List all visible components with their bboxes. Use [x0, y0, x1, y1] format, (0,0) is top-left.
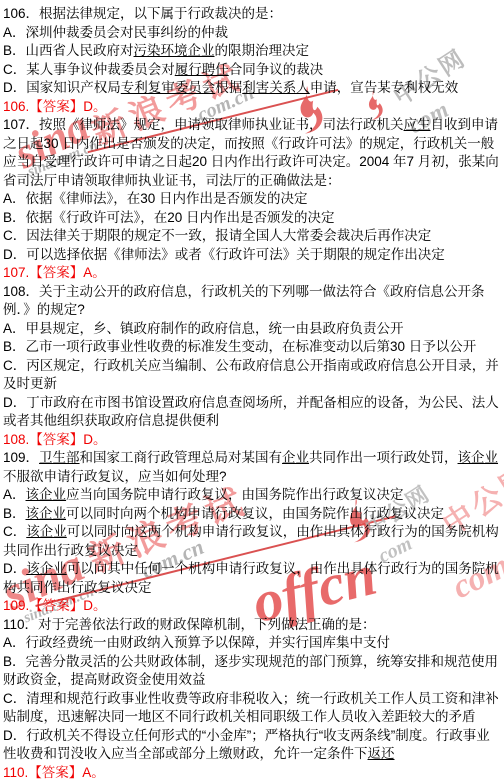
- text-segment: 合同争议的裁决: [229, 62, 324, 77]
- answer-line: 107.【答案】A。: [3, 264, 502, 283]
- text-segment: D．国家知识产权局: [3, 80, 121, 95]
- option-line: B．完善分散灵活的公共财政体制，逐步实现规范的部门预算，统筹安排和规范使用财政资…: [3, 653, 502, 690]
- text-segment: C．清理和规范行政事业性收费等政府非税收入；统一行政机关工作人员工资和津补贴制度…: [3, 691, 499, 725]
- underlined-text: 应生: [404, 117, 431, 132]
- text-segment: 108．关于主动公开的政府信息，行政机关的下列哪一做法符合《政府信息公开条例．》…: [3, 284, 485, 318]
- text-segment: 106.【答案】D。: [3, 99, 107, 114]
- option-line: B．乙市一项行政事业性收费的标准发生变动，在标准变动以后第30 日予以公开: [3, 338, 502, 357]
- underlined-text: 该企业: [26, 487, 67, 502]
- option-line: A．依据《律师法》，在30 日内作出是否颁发的决定: [3, 190, 502, 209]
- option-line: C．丙区规定，行政机关应当编制、公布政府信息公开指南或政府信息公开目录，并及时更…: [3, 357, 502, 394]
- text-segment: A．深圳仲裁委员会对民事纠纷的仲裁: [3, 25, 228, 40]
- text-segment: B．依据《行政许可法》，在20 日内作出是否颁发的决定: [3, 210, 335, 225]
- option-line: D．丁市政府在市图书馆设置政府信息查阅场所，并配备相应的设备，为公民、法人或者其…: [3, 394, 502, 431]
- text-segment: 110.【答案】A。: [3, 765, 105, 780]
- underlined-text: 履行聘任: [175, 62, 229, 77]
- option-line: D．该企业可以向其中任何一个机构申请行政复议，由作出具体行政行为的国务院机构共同…: [3, 560, 502, 597]
- text-segment: B．完善分散灵活的公共财政体制，逐步实现规范的部门预算，统筹安排和规范使用财政资…: [3, 654, 498, 688]
- text-segment: C．某人事争议仲裁委员会对: [3, 62, 175, 77]
- text-segment: 107．按照《律师法》规定，申请领取律师执业证书，司法行政机关: [3, 117, 404, 132]
- option-line: B．该企业可以同时向两个机构申请行政复议，由国务院作出行政复议决定: [3, 505, 502, 524]
- option-line: C．清理和规范行政事业性收费等政府非税收入；统一行政机关工作人员工资和津补贴制度…: [3, 690, 502, 727]
- option-line: C．该企业可以同时向这两个机构申请行政复议，由作出具体行政行为的国务院机构共同作…: [3, 523, 502, 560]
- answer-line: 108.【答案】D。: [3, 431, 502, 450]
- underlined-text: 该企业: [458, 450, 499, 465]
- text-segment: 可以同时向这两个机构申请行政复议，由作出具体行政行为的国务院机构共同作出行政复议…: [3, 524, 499, 558]
- answer-line: 109.【答案】D。: [3, 597, 502, 616]
- option-line: A．甲县规定，乡、镇政府制作的政府信息，统一由县政府负责公开: [3, 320, 502, 339]
- text-segment: D．丁市政府在市图书馆设置政府信息查阅场所，并配备相应的设备，为公民、法人或者其…: [3, 395, 499, 429]
- option-line: C．因法律关于期限的规定不一致，报请全国人大常委会裁决后再作决定: [3, 227, 502, 246]
- text-segment: D．: [3, 561, 26, 576]
- text-segment: 108.【答案】D。: [3, 432, 107, 447]
- text-segment: 109.【答案】D。: [3, 598, 107, 613]
- underlined-text: 该企业: [26, 524, 67, 539]
- option-line: B．依据《行政许可法》，在20 日内作出是否颁发的决定: [3, 209, 502, 228]
- option-line: D．国家知识产权局专利复审委员会根据利害关系人申请，宣告某专利权无效: [3, 79, 502, 98]
- text-segment: B．: [3, 506, 26, 521]
- underlined-text: 该企业: [26, 561, 67, 576]
- underlined-text: 卫生部: [39, 450, 80, 465]
- option-line: A．深圳仲裁委员会对民事纠纷的仲裁: [3, 24, 502, 43]
- text-segment: 109．: [3, 450, 39, 465]
- question-list: 106．根据法律规定，以下属于行政裁决的是：A．深圳仲裁委员会对民事纠纷的仲裁B…: [0, 0, 504, 782]
- answer-line: 106.【答案】D。: [3, 98, 502, 117]
- text-segment: C．因法律关于期限的规定不一致，报请全国人大常委会裁决后再作决定: [3, 228, 431, 243]
- text-segment: D．行政机关不得设立任何形式的“小金库”；严格执行“收支两条线”制度。行政事业性…: [3, 728, 490, 762]
- question-stem: 107．按照《律师法》规定，申请领取律师执业证书，司法行政机关应生自收到申请之日…: [3, 116, 502, 190]
- text-segment: 和国家工商行政管理总局对某国有: [80, 450, 283, 465]
- text-segment: A．: [3, 487, 26, 502]
- text-segment: B．乙市一项行政事业性收费的标准发生变动，在标准变动以后第30 日予以公开: [3, 339, 476, 354]
- text-segment: 根据: [215, 80, 242, 95]
- question-stem: 106．根据法律规定，以下属于行政裁决的是：: [3, 5, 502, 24]
- underlined-text: 该企业: [26, 506, 67, 521]
- text-segment: 不服欲申请行政复议，应当如何处理?: [3, 469, 227, 484]
- text-segment: A．甲县规定，乡、镇政府制作的政府信息，统一由县政府负责公开: [3, 321, 404, 336]
- question-stem: 109．卫生部和国家工商行政管理总局对某国有企业共同作出一项行政处罚，该企业不服…: [3, 449, 502, 486]
- option-line: B．山西省人民政府对污染环境企业的限期治理决定: [3, 42, 502, 61]
- text-segment: 107.【答案】A。: [3, 265, 106, 280]
- text-segment: 共同作出一项行政处罚，: [309, 450, 458, 465]
- text-segment: 申请，宣告某专利权无效: [310, 80, 459, 95]
- exam-answer-document: sina 新浪考试 com.cn sina.com.cn 中公网 com sin…: [0, 0, 504, 783]
- option-line: D．行政机关不得设立任何形式的“小金库”；严格执行“收支两条线”制度。行政事业性…: [3, 727, 502, 764]
- option-line: A．该企业应当向国务院申请行政复议，由国务院作出行政复议决定: [3, 486, 502, 505]
- text-segment: 可以向其中任何一个机构申请行政复议，由作出具体行政行为的国务院机构共同作出行政复…: [3, 561, 499, 595]
- text-segment: 106．根据法律规定，以下属于行政裁决的是：: [3, 6, 282, 21]
- text-segment: C．: [3, 524, 26, 539]
- option-line: A．行政经费统一由财政纳入预算予以保障，并实行国库集中支付: [3, 634, 502, 653]
- option-line: D．可以选择依据《律师法》或者《行政许可法》关于期限的规定作出决定: [3, 246, 502, 265]
- text-segment: 应当向国务院申请行政复议，由国务院作出行政复议决定: [66, 487, 404, 502]
- text-segment: D．可以选择依据《律师法》或者《行政许可法》关于期限的规定作出决定: [3, 247, 445, 262]
- underlined-text: 返还: [368, 746, 395, 761]
- underlined-text: 污染环境企业: [134, 43, 215, 58]
- underlined-text: 利害关系人: [242, 80, 310, 95]
- text-segment: B．山西省人民政府对: [3, 43, 134, 58]
- text-segment: 可以同时向两个机构申请行政复议，由国务院作出行政复议决定: [66, 506, 444, 521]
- underlined-text: 专利复审委员会: [121, 80, 216, 95]
- text-segment: 的限期治理决定: [215, 43, 310, 58]
- question-stem: 108．关于主动公开的政府信息，行政机关的下列哪一做法符合《政府信息公开条例．》…: [3, 283, 502, 320]
- underlined-text: 企业: [282, 450, 309, 465]
- answer-line: 110.【答案】A。: [3, 764, 502, 783]
- text-segment: C．丙区规定，行政机关应当编制、公布政府信息公开指南或政府信息公开目录，并及时更…: [3, 358, 499, 392]
- question-stem: 110．对于完善依法行政的财政保障机制，下列做法正确的是：: [3, 616, 502, 635]
- option-line: C．某人事争议仲裁委员会对履行聘任合同争议的裁决: [3, 61, 502, 80]
- text-segment: 110．对于完善依法行政的财政保障机制，下列做法正确的是：: [3, 617, 376, 632]
- text-segment: A．依据《律师法》，在30 日内作出是否颁发的决定: [3, 191, 308, 206]
- text-segment: A．行政经费统一由财政纳入预算予以保障，并实行国库集中支付: [3, 635, 390, 650]
